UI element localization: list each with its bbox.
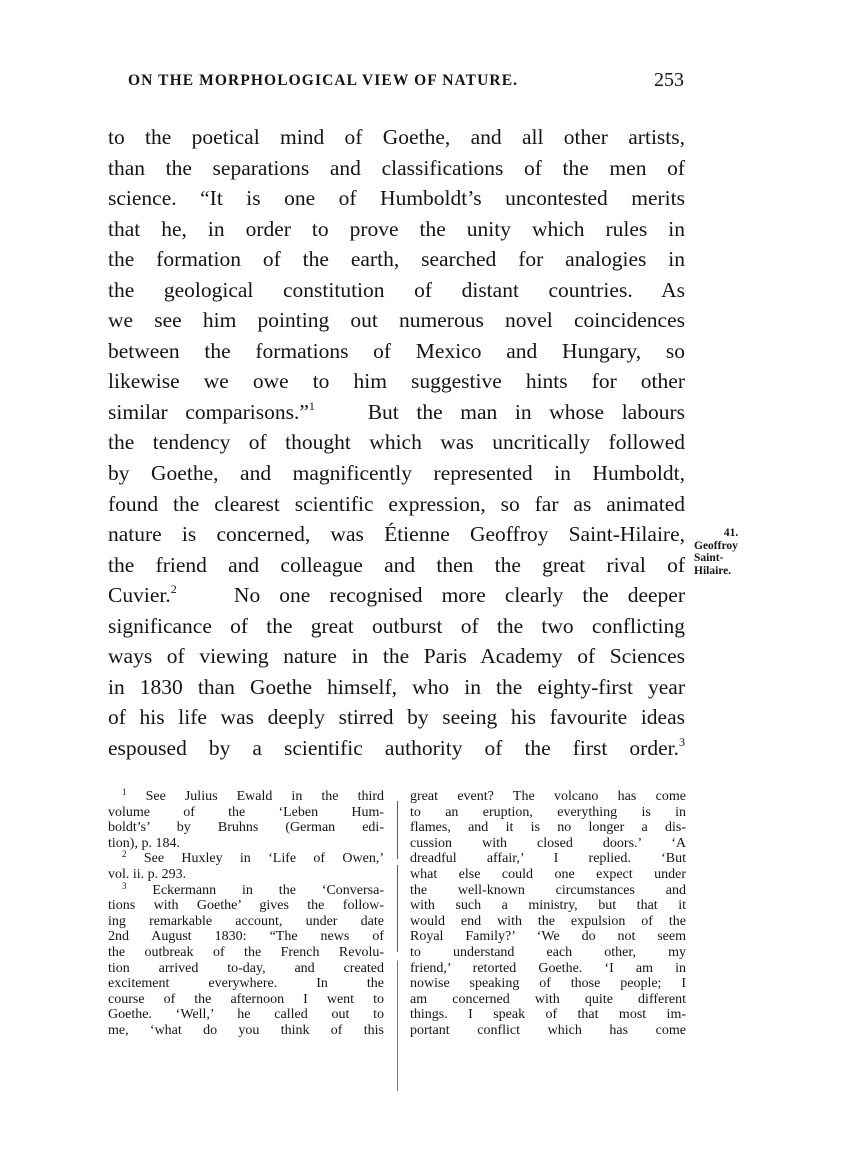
text-line: between the formations of Mexico and Hun… <box>108 336 685 367</box>
footnote-line: nowise speaking of those people; I <box>410 976 686 992</box>
text-line: the friend and colleague and then the gr… <box>108 550 685 581</box>
footnote-line: with such a ministry, but that it <box>410 898 686 914</box>
footnote-marker-2: 2 <box>122 849 127 859</box>
text-line: the tendency of thought which was uncrit… <box>108 427 685 458</box>
footnote-line: me, ‘what do you think of this <box>108 1023 384 1039</box>
footnote-line: cussion with closed doors.’ ‘A <box>410 836 686 852</box>
text-line: than the separations and classifications… <box>108 153 685 184</box>
margin-note-line: Hilaire. <box>690 565 762 578</box>
footnote-line: great event? The volcano has come <box>410 789 686 805</box>
text-line: the formation of the earth, searched for… <box>108 244 685 275</box>
text-line: in 1830 than Goethe himself, who in the … <box>108 672 685 703</box>
footnote-line: 2 See Huxley in ‘Life of Owen,’ <box>108 851 384 867</box>
text-line: that he, in order to prove the unity whi… <box>108 214 685 245</box>
text-line: ways of viewing nature in the Paris Acad… <box>108 641 685 672</box>
book-page: ON THE MORPHOLOGICAL VIEW OF NATURE. 253… <box>0 0 850 1150</box>
footnote-line: tion arrived to-day, and created <box>108 961 384 977</box>
footnote-ref-2[interactable]: 2 <box>171 582 177 596</box>
footnote-line: the outbreak of the French Revolu- <box>108 945 384 961</box>
footnote-line: volume of the ‘Leben Hum- <box>108 805 384 821</box>
running-head: ON THE MORPHOLOGICAL VIEW OF NATURE. 253 <box>128 72 684 96</box>
margin-note: 41. Geoffroy Saint- Hilaire. <box>690 527 762 577</box>
text-line: Cuvier.2 No one recognised more clearly … <box>108 580 685 611</box>
text-line: significance of the great outburst of th… <box>108 611 685 642</box>
footnote-line: boldt’s’ by Bruhns (German edi- <box>108 820 384 836</box>
text-segment: similar comparisons.” <box>108 400 309 424</box>
margin-note-line: Saint- <box>690 552 762 565</box>
text-segment: No one recognised more clearly the deepe… <box>234 583 685 607</box>
footnote-line: vol. ii. p. 293. <box>108 867 384 883</box>
footnotes-right-column: great event? The volcano has come to an … <box>410 789 686 1039</box>
footnote-line: 1 See Julius Ewald in the third <box>108 789 384 805</box>
footnote-line: to understand each other, my <box>410 945 686 961</box>
footnote-line: portant conflict which has come <box>410 1023 686 1039</box>
footnote-line: Royal Family?’ ‘We do not seem <box>410 929 686 945</box>
footnote-line: tions with Goethe’ gives the follow- <box>108 898 384 914</box>
text-line: found the clearest scientific expression… <box>108 489 685 520</box>
text-line: the geological constitution of distant c… <box>108 275 685 306</box>
footnote-line: tion), p. 184. <box>108 836 384 852</box>
footnote-line: course of the afternoon I went to <box>108 992 384 1008</box>
footnote-line: am concerned with quite different <box>410 992 686 1008</box>
margin-note-number: 41. <box>690 527 762 540</box>
margin-note-line: Geoffroy <box>690 540 762 553</box>
text-line: we see him pointing out numerous novel c… <box>108 305 685 336</box>
footnotes-left-column: 1 See Julius Ewald in the third volume o… <box>108 789 384 1039</box>
main-text: to the poetical mind of Goethe, and all … <box>108 122 685 763</box>
footnote-line: excitement everywhere. In the <box>108 976 384 992</box>
footnote-line: 3 Eckermann in the ‘Conversa- <box>108 883 384 899</box>
footnote-marker-1: 1 <box>122 787 127 797</box>
text-line: of his life was deeply stirred by seeing… <box>108 702 685 733</box>
footnote-line: would end with the expulsion of the <box>410 914 686 930</box>
text-line: science. “It is one of Humboldt’s uncont… <box>108 183 685 214</box>
text-line: to the poetical mind of Goethe, and all … <box>108 122 685 153</box>
text-line: similar comparisons.”1 But the man in wh… <box>108 397 685 428</box>
footnote-line: friend,’ retorted Goethe. ‘I am in <box>410 961 686 977</box>
text-segment: espoused by a scientific authority of th… <box>108 736 679 760</box>
footnote-line: things. I speak of that most im- <box>410 1007 686 1023</box>
footnote-line: to an eruption, everything is in <box>410 805 686 821</box>
footnote-line: dreadful affair,’ I replied. ‘But <box>410 851 686 867</box>
footnote-ref-1[interactable]: 1 <box>309 399 315 413</box>
footnote-text: See Julius Ewald in the third <box>146 789 384 804</box>
footnote-text: See Huxley in ‘Life of Owen,’ <box>144 851 384 866</box>
text-line: espoused by a scientific authority of th… <box>108 733 685 764</box>
text-line: nature is concerned, was Étienne Geoffro… <box>108 519 685 550</box>
footnote-line: Goethe. ‘Well,’ he called out to <box>108 1007 384 1023</box>
running-title: ON THE MORPHOLOGICAL VIEW OF NATURE. <box>128 72 518 90</box>
footnote-line: 2nd August 1830: “The news of <box>108 929 384 945</box>
footnotes: 1 See Julius Ewald in the third volume o… <box>108 789 685 1089</box>
footnote-line: ing remarkable account, under date <box>108 914 384 930</box>
column-divider <box>397 801 398 1091</box>
footnote-line: flames, and it is no longer a dis- <box>410 820 686 836</box>
text-segment: But the man in whose labours <box>368 400 685 424</box>
text-line: likewise we owe to him suggestive hints … <box>108 366 685 397</box>
footnote-line: the well-known circumstances and <box>410 883 686 899</box>
footnote-line: what else could one expect under <box>410 867 686 883</box>
footnote-ref-3[interactable]: 3 <box>679 735 685 749</box>
footnote-marker-3: 3 <box>122 881 127 891</box>
text-line: by Goethe, and magnificently represented… <box>108 458 685 489</box>
text-segment: Cuvier. <box>108 583 171 607</box>
page-number: 253 <box>654 69 684 92</box>
footnote-text: Eckermann in the ‘Conversa- <box>152 883 384 898</box>
